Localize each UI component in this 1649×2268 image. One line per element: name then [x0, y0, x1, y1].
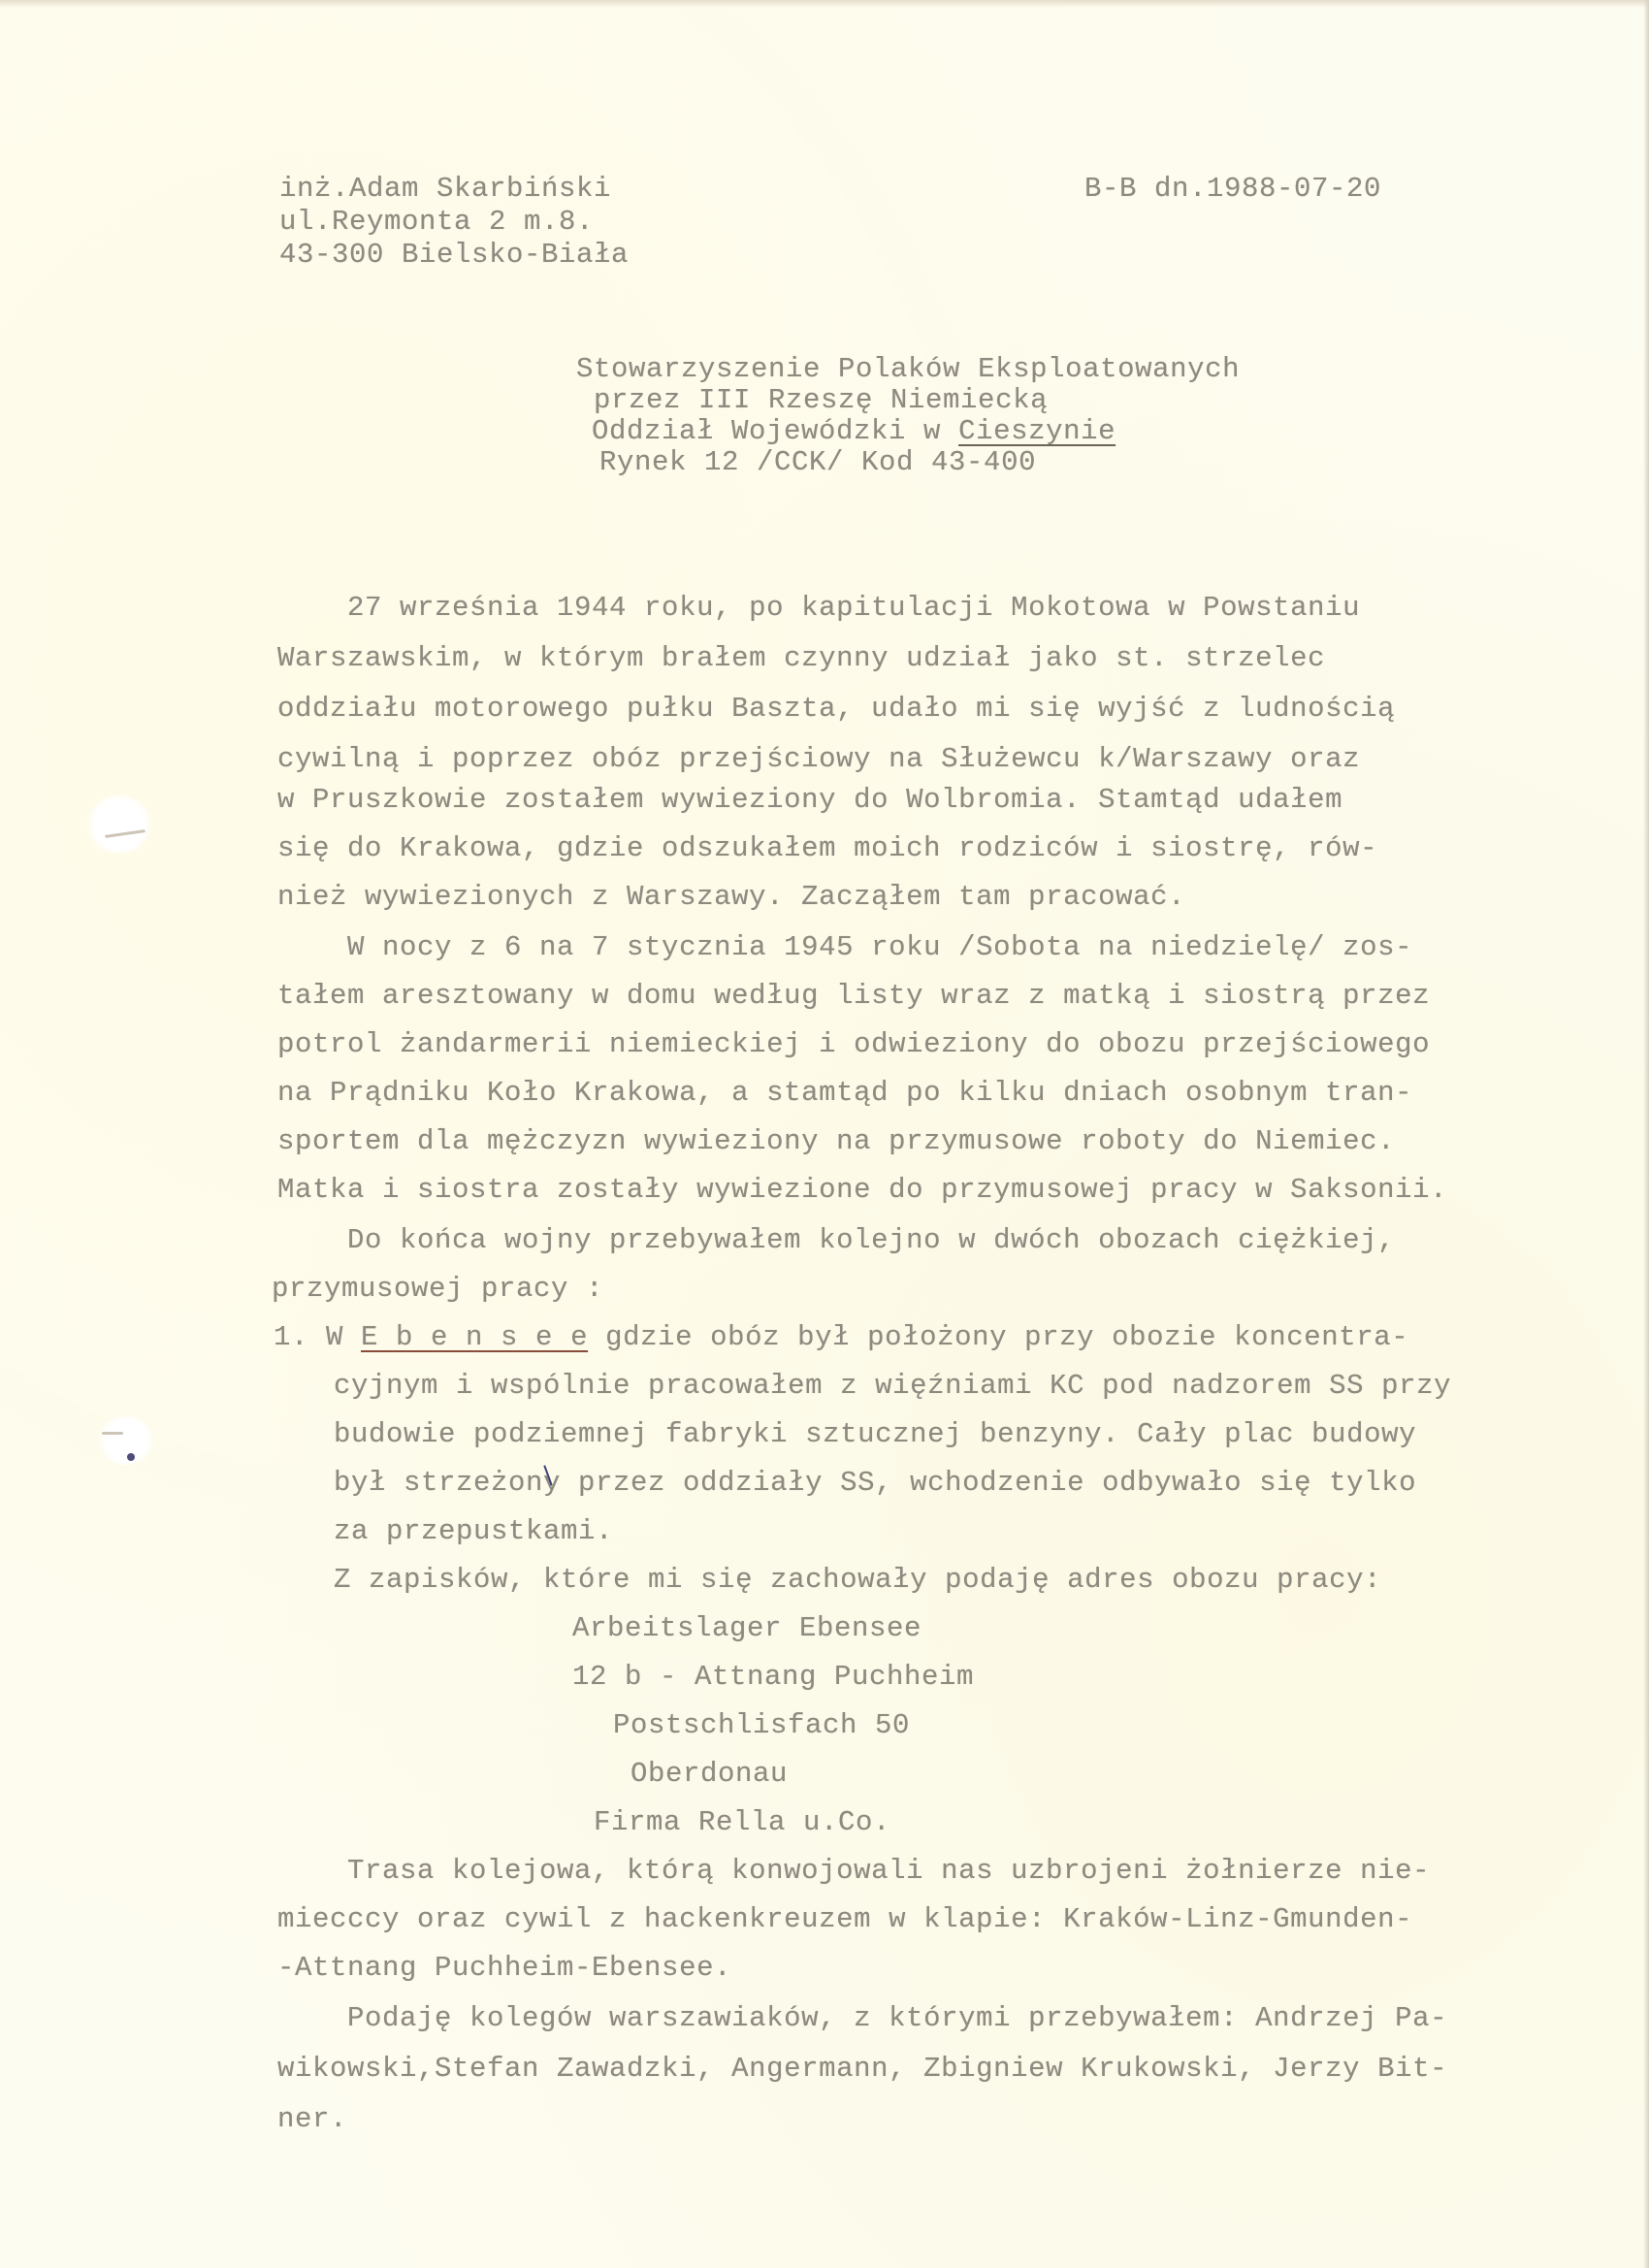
body-p2-line-6: Matka i siostra zostały wywiezione do pr… — [277, 1176, 1447, 1204]
item-1-first-line-rest: gdzie obóz był położony przy obozie konc… — [588, 1321, 1408, 1353]
item-1-place: E b e n s e e — [361, 1321, 588, 1353]
paper-right-edge — [1643, 0, 1649, 2268]
date-line: B-B dn.1988-07-20 — [1084, 175, 1381, 203]
sender-name: inż.Adam Skarbiński — [279, 175, 611, 203]
body-p4-line-1: Trasa kolejowa, którą konwojowali nas uz… — [277, 1857, 1430, 1885]
body-p1-line-6: się do Krakowa, gdzie odszukałem moich r… — [277, 834, 1377, 862]
punch-hole-top — [85, 795, 153, 854]
body-p4-line-3: -Attnang Puchheim-Ebensee. — [277, 1954, 731, 1982]
camp-address-line-1: Arbeitslager Ebensee — [572, 1614, 921, 1642]
punch-hole-bottom-shadow — [102, 1432, 123, 1435]
paper-top-edge — [0, 0, 1649, 8]
body-p1-line-7: nież wywiezionych z Warszawy. Zacząłem t… — [277, 883, 1185, 911]
body-p5-line-1: Podaję kolegów warszawiaków, z którymi p… — [277, 2004, 1447, 2032]
body-p1-line-2: Warszawskim, w którym brałem czynny udzi… — [277, 644, 1325, 672]
item-1-line-3: budowie podziemnej fabryki sztucznej ben… — [334, 1420, 1416, 1448]
ink-blot — [127, 1453, 135, 1461]
body-p4-line-2: miecccy oraz cywil z hackenkreuzem w kla… — [277, 1905, 1412, 1933]
body-p5-line-3: ner. — [277, 2105, 347, 2133]
recipient-line-3-prefix: Oddział Wojewódzki w — [592, 415, 958, 447]
item-1-line-6: Z zapisków, które mi się zachowały podaj… — [334, 1566, 1381, 1594]
recipient-line-4: Rynek 12 /CCK/ Kod 43-400 — [599, 448, 1036, 476]
item-1-line-2: cyjnym i wspólnie pracowałem z więźniami… — [334, 1372, 1451, 1400]
item-1-line-5: za przepustkami. — [334, 1517, 613, 1545]
item-1-line-4: był strzeżony przez oddziały SS, wchodze… — [334, 1469, 1416, 1497]
body-p2-line-1: W nocy z 6 na 7 stycznia 1945 roku /Sobo… — [277, 933, 1412, 961]
recipient-line-2: przez III Rzeszę Niemiecką — [594, 386, 1048, 414]
camp-address-line-3: Postschlisfach 50 — [613, 1711, 910, 1739]
body-p1-line-5: w Pruszkowie zostałem wywieziony do Wolb… — [277, 786, 1342, 814]
punch-hole-bottom — [97, 1416, 155, 1465]
item-1-first-line: 1. W E b e n s e e gdzie obóz był położo… — [274, 1323, 1408, 1351]
sender-city: 43-300 Bielsko-Biała — [279, 241, 629, 269]
body-p1-line-3: oddziału motorowego pułku Baszta, udało … — [277, 695, 1395, 723]
body-p2-line-2: tałem aresztowany w domu według listy wr… — [277, 982, 1430, 1010]
item-1-number: 1. — [274, 1321, 326, 1353]
recipient-line-1: Stowarzyszenie Polaków Eksploatowanych — [576, 355, 1240, 383]
camp-address-line-4: Oberdonau — [630, 1760, 788, 1788]
body-p2-line-3: potrol żandarmerii niemieckiej i odwiezi… — [277, 1030, 1430, 1058]
body-p2-line-5: sportem dla mężczyzn wywieziony na przym… — [277, 1127, 1395, 1155]
recipient-line-3: Oddział Wojewódzki w Cieszynie — [592, 417, 1115, 445]
body-p5-line-2: wikowski,Stefan Zawadzki, Angermann, Zbi… — [277, 2055, 1447, 2083]
body-p3-line-2: przymusowej pracy : — [272, 1275, 603, 1303]
camp-address-line-2: 12 b - Attnang Puchheim — [572, 1663, 974, 1691]
item-1-prefix: W — [326, 1321, 361, 1353]
body-p3-line-1: Do końca wojny przebywałem kolejno w dwó… — [277, 1226, 1395, 1254]
body-p1-line-4: cywilną i poprzez obóz przejściowy na Sł… — [277, 745, 1360, 773]
body-p2-line-4: na Prądniku Koło Krakowa, a stamtąd po k… — [277, 1079, 1412, 1107]
sender-street: ul.Reymonta 2 m.8. — [279, 208, 594, 236]
camp-address-line-5: Firma Rella u.Co. — [594, 1808, 890, 1836]
body-p1-line-1: 27 września 1944 roku, po kapitulacji Mo… — [277, 594, 1360, 622]
recipient-city: Cieszynie — [958, 415, 1115, 447]
